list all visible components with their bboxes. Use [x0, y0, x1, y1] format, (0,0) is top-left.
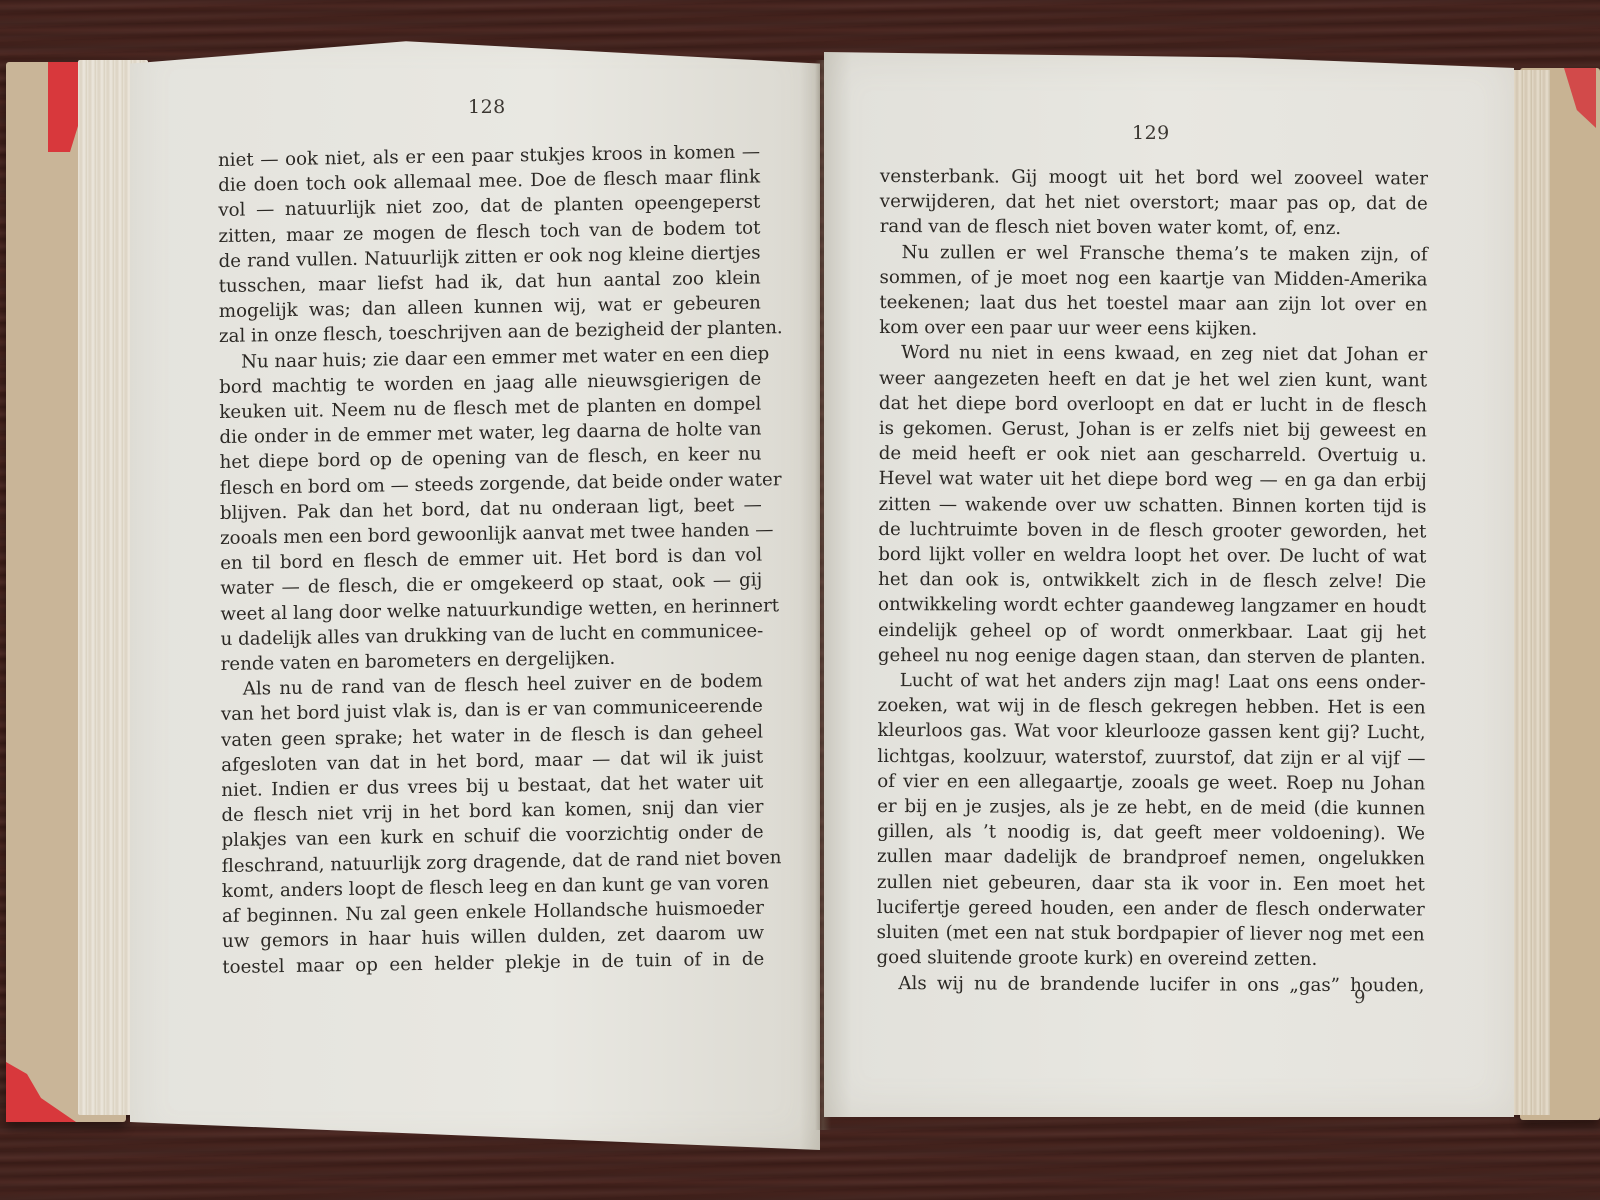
- text-line: de meid heeft er ook niet aan gescharrel…: [879, 441, 1427, 469]
- text-line: Nu zullen er wel Fransche thema’s te mak…: [880, 240, 1428, 268]
- text-line: zullen maar dadelijk de brandproef nemen…: [877, 844, 1425, 872]
- text-line: kleurloos gas. Wat voor kleurlooze gasse…: [877, 718, 1425, 746]
- text-line: er bij en je zusjes, als je ze hebt, en …: [877, 794, 1425, 822]
- text-line: gillen, als ’t noodig is, dat geeft meer…: [877, 819, 1425, 847]
- text-line: kom over een paar uur weer eens kijken.: [879, 315, 1427, 343]
- text-line: goed sluitende groote kurk) en overeind …: [876, 945, 1424, 973]
- text-line: teekenen; laat dus het toestel maar aan …: [879, 290, 1427, 318]
- text-line: geheel nu nog eenige dagen staan, dan st…: [878, 643, 1426, 671]
- text-line: rand van de flesch niet boven water komt…: [880, 214, 1428, 242]
- text-line: Hevel wat water uit het diepe bord weg —…: [879, 466, 1427, 494]
- text-line: lichtgas, koolzuur, waterstof, zuurstof,…: [877, 744, 1425, 772]
- text-line: vensterbank. Gij moogt uit het bord wel …: [880, 164, 1428, 192]
- page-number: 129: [1132, 122, 1170, 144]
- right-page-body-text: vensterbank. Gij moogt uit het bord wel …: [876, 164, 1428, 998]
- left-page-body-text: niet — ook niet, als er een paar stukjes…: [218, 139, 764, 979]
- text-line: het dan ook is, ontwikkelt zich in de fl…: [878, 567, 1426, 595]
- text-line: zoeken, wat wij in de flesch gekregen he…: [878, 693, 1426, 721]
- text-line: sluiten (met een nat stuk bordpapier of …: [877, 920, 1425, 948]
- text-line: de luchtruimte boven in de flesch groote…: [878, 517, 1426, 545]
- text-line: zullen niet gebeuren, daar sta ik voor i…: [877, 870, 1425, 898]
- text-line: Als wij nu de brandende lucifer in ons „…: [876, 970, 1424, 998]
- text-line: bord lijkt voller en weldra loopt het ov…: [878, 542, 1426, 570]
- left-page: 128 niet — ook niet, als er een paar stu…: [130, 30, 820, 1150]
- text-line: is gekomen. Gerust, Johan is er zelfs ni…: [879, 416, 1427, 444]
- text-line: Lucht of wat het anders zijn mag! Laat o…: [878, 668, 1426, 696]
- text-line: of vier en een allegaartje, zooals ge we…: [877, 769, 1425, 797]
- text-line: lucifertje gereed houden, een ander de f…: [877, 895, 1425, 923]
- text-line: zitten — wakende over uw schatten. Binne…: [878, 492, 1426, 520]
- red-cover-corner: [6, 1062, 76, 1122]
- text-line: ontwikkeling wordt echter gaandeweg lang…: [878, 592, 1426, 620]
- text-line: eindelijk geheel op of wordt onmerkbaar.…: [878, 618, 1426, 646]
- page-number: 128: [468, 96, 506, 118]
- text-line: verwijderen, dat het niet overstort; maa…: [880, 189, 1428, 217]
- text-line: weer aangezeten heeft en dat je het wel …: [879, 366, 1427, 394]
- red-cover-corner: [1564, 68, 1596, 128]
- text-line: sommen, of je moet nog een kaartje van M…: [879, 265, 1427, 293]
- signature-mark: 9: [1354, 987, 1365, 1008]
- text-line: Word nu niet in eens kwaad, en zeg niet …: [879, 340, 1427, 368]
- text-line: dat het diepe bord overloopt en dat er l…: [879, 391, 1427, 419]
- right-page: 129 vensterbank. Gij moogt uit het bord …: [824, 52, 1514, 1117]
